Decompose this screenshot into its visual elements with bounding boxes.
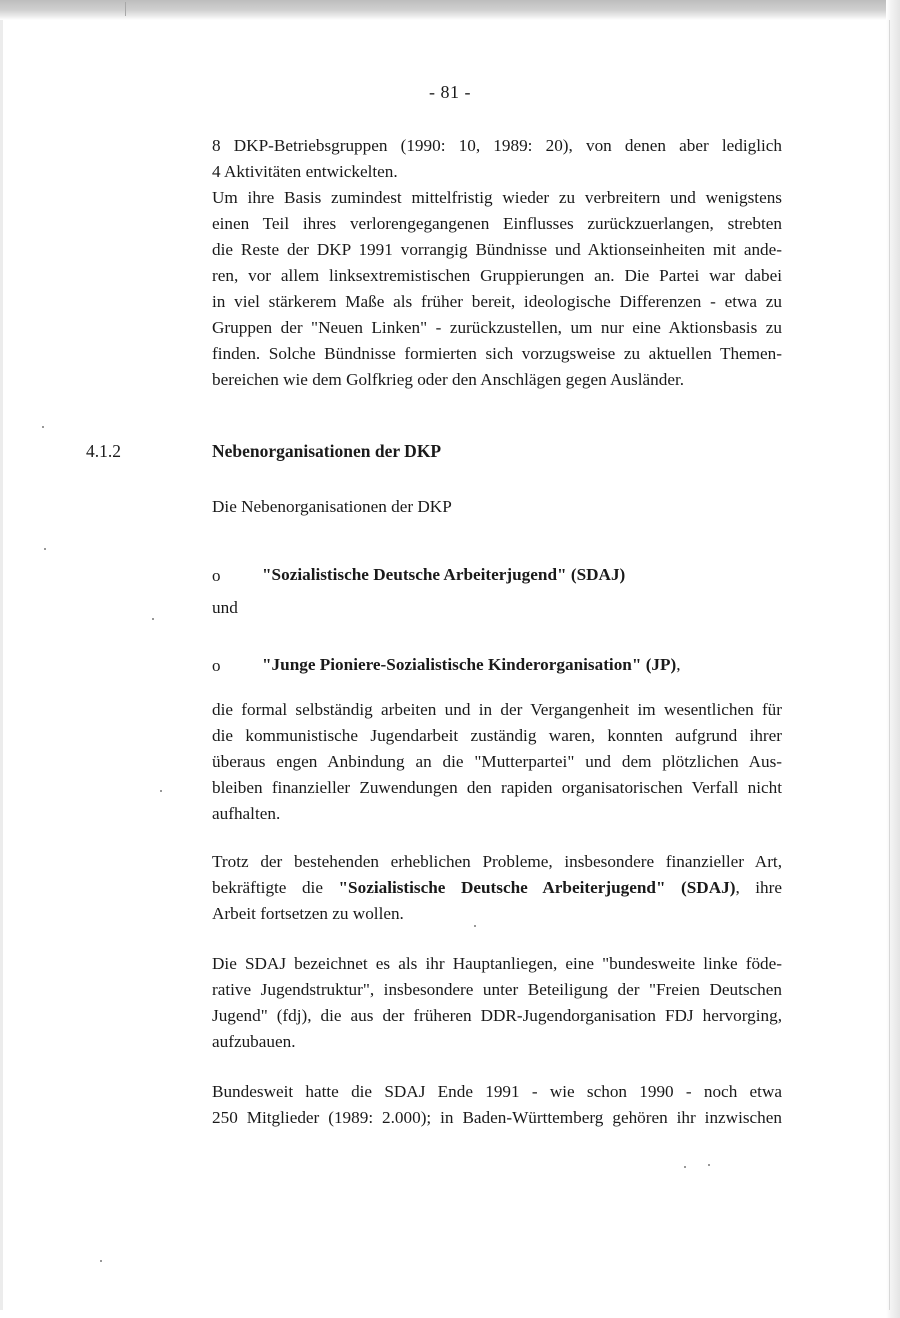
list-item-suffix: , [676,655,680,674]
text-line: in viel stärkerem Maße als früher bereit… [212,289,782,315]
scan-speck [100,1260,102,1262]
text-line: Arbeit fortsetzen zu wollen. [212,901,782,927]
scan-speck [44,548,46,550]
bold-org-name: "Sozialistische Deutsche Arbeiterjugend"… [339,878,736,897]
text-line: ren, vor allem linksextremistischen Grup… [212,263,782,289]
paragraph-alliances: Um ihre Basis zumindest mittelfristig wi… [212,185,782,393]
scan-speck [152,618,154,620]
section-number: 4.1.2 [86,441,121,462]
list-item-label: "Sozialistische Deutsche Arbeiterjugend"… [262,565,625,584]
intro-line: Die Nebenorganisationen der DKP [212,497,452,517]
list-connector: und [212,598,238,618]
text-line: 4 Aktivitäten entwickelten. [212,159,782,185]
text-line: finden. Solche Bündnisse formierten sich… [212,341,782,367]
text-line: einen Teil ihres verlorengegangenen Einf… [212,211,782,237]
text-line: bereichen wie dem Golfkrieg oder den Ans… [212,367,782,393]
text-line: Bundesweit hatte die SDAJ Ende 1991 - wi… [212,1079,782,1105]
text-line: Gruppen der "Neuen Linken" - zurückzuste… [212,315,782,341]
paragraph-sdaj-continue: Trotz der bestehenden erheblichen Proble… [212,849,782,927]
list-bullet: o [212,566,221,586]
text-line: überaus engen Anbindung an die "Mutterpa… [212,749,782,775]
text-segment: , ihre [735,878,782,897]
list-item-jp: "Junge Pioniere-Sozialistische Kinderorg… [262,655,681,675]
paragraph-decline: die formal selbständig arbeiten und in d… [212,697,782,827]
section-title: Nebenorganisationen der DKP [212,441,441,462]
text-line: die Reste der DKP 1991 vorrangig Bündnis… [212,237,782,263]
scan-speck [42,426,44,428]
text-line-mixed: bekräftigte die "Sozialistische Deutsche… [212,875,782,901]
text-line: Jugend" (fdj), die aus der früheren DDR-… [212,1003,782,1029]
text-line: aufzubauen. [212,1029,782,1055]
text-line: die formal selbständig arbeiten und in d… [212,697,782,723]
text-line: rative Jugendstruktur", insbesondere unt… [212,977,782,1003]
text-line: die kommunistische Jugendarbeit zuständi… [212,723,782,749]
list-bullet: o [212,656,221,676]
scan-speck [160,790,162,792]
text-segment: bekräftigte die [212,878,323,897]
text-line: aufhalten. [212,801,782,827]
scan-speck [684,1166,686,1168]
scan-right-edge-shadow [886,0,900,1318]
scan-top-edge-shadow [0,0,900,20]
page-number: - 81 - [0,82,900,103]
scan-left-edge [0,20,3,1310]
text-line: Die SDAJ bezeichnet es als ihr Hauptanli… [212,951,782,977]
text-line: 250 Mitglieder (1989: 2.000); in Baden-W… [212,1105,782,1131]
paragraph-continuation: 8 DKP-Betriebsgruppen (1990: 10, 1989: 2… [212,133,782,185]
text-line: Um ihre Basis zumindest mittelfristig wi… [212,185,782,211]
text-line: Trotz der bestehenden erheblichen Proble… [212,849,782,875]
paragraph-membership: Bundesweit hatte die SDAJ Ende 1991 - wi… [212,1079,782,1131]
text-line: 8 DKP-Betriebsgruppen (1990: 10, 1989: 2… [212,133,782,159]
text-line: bleiben finanzieller Zuwendungen den rap… [212,775,782,801]
list-item-label: "Junge Pioniere-Sozialistische Kinderorg… [262,655,676,674]
scan-speck [708,1164,710,1166]
paragraph-sdaj-goal: Die SDAJ bezeichnet es als ihr Hauptanli… [212,951,782,1055]
list-item-sdaj: "Sozialistische Deutsche Arbeiterjugend"… [262,565,625,585]
